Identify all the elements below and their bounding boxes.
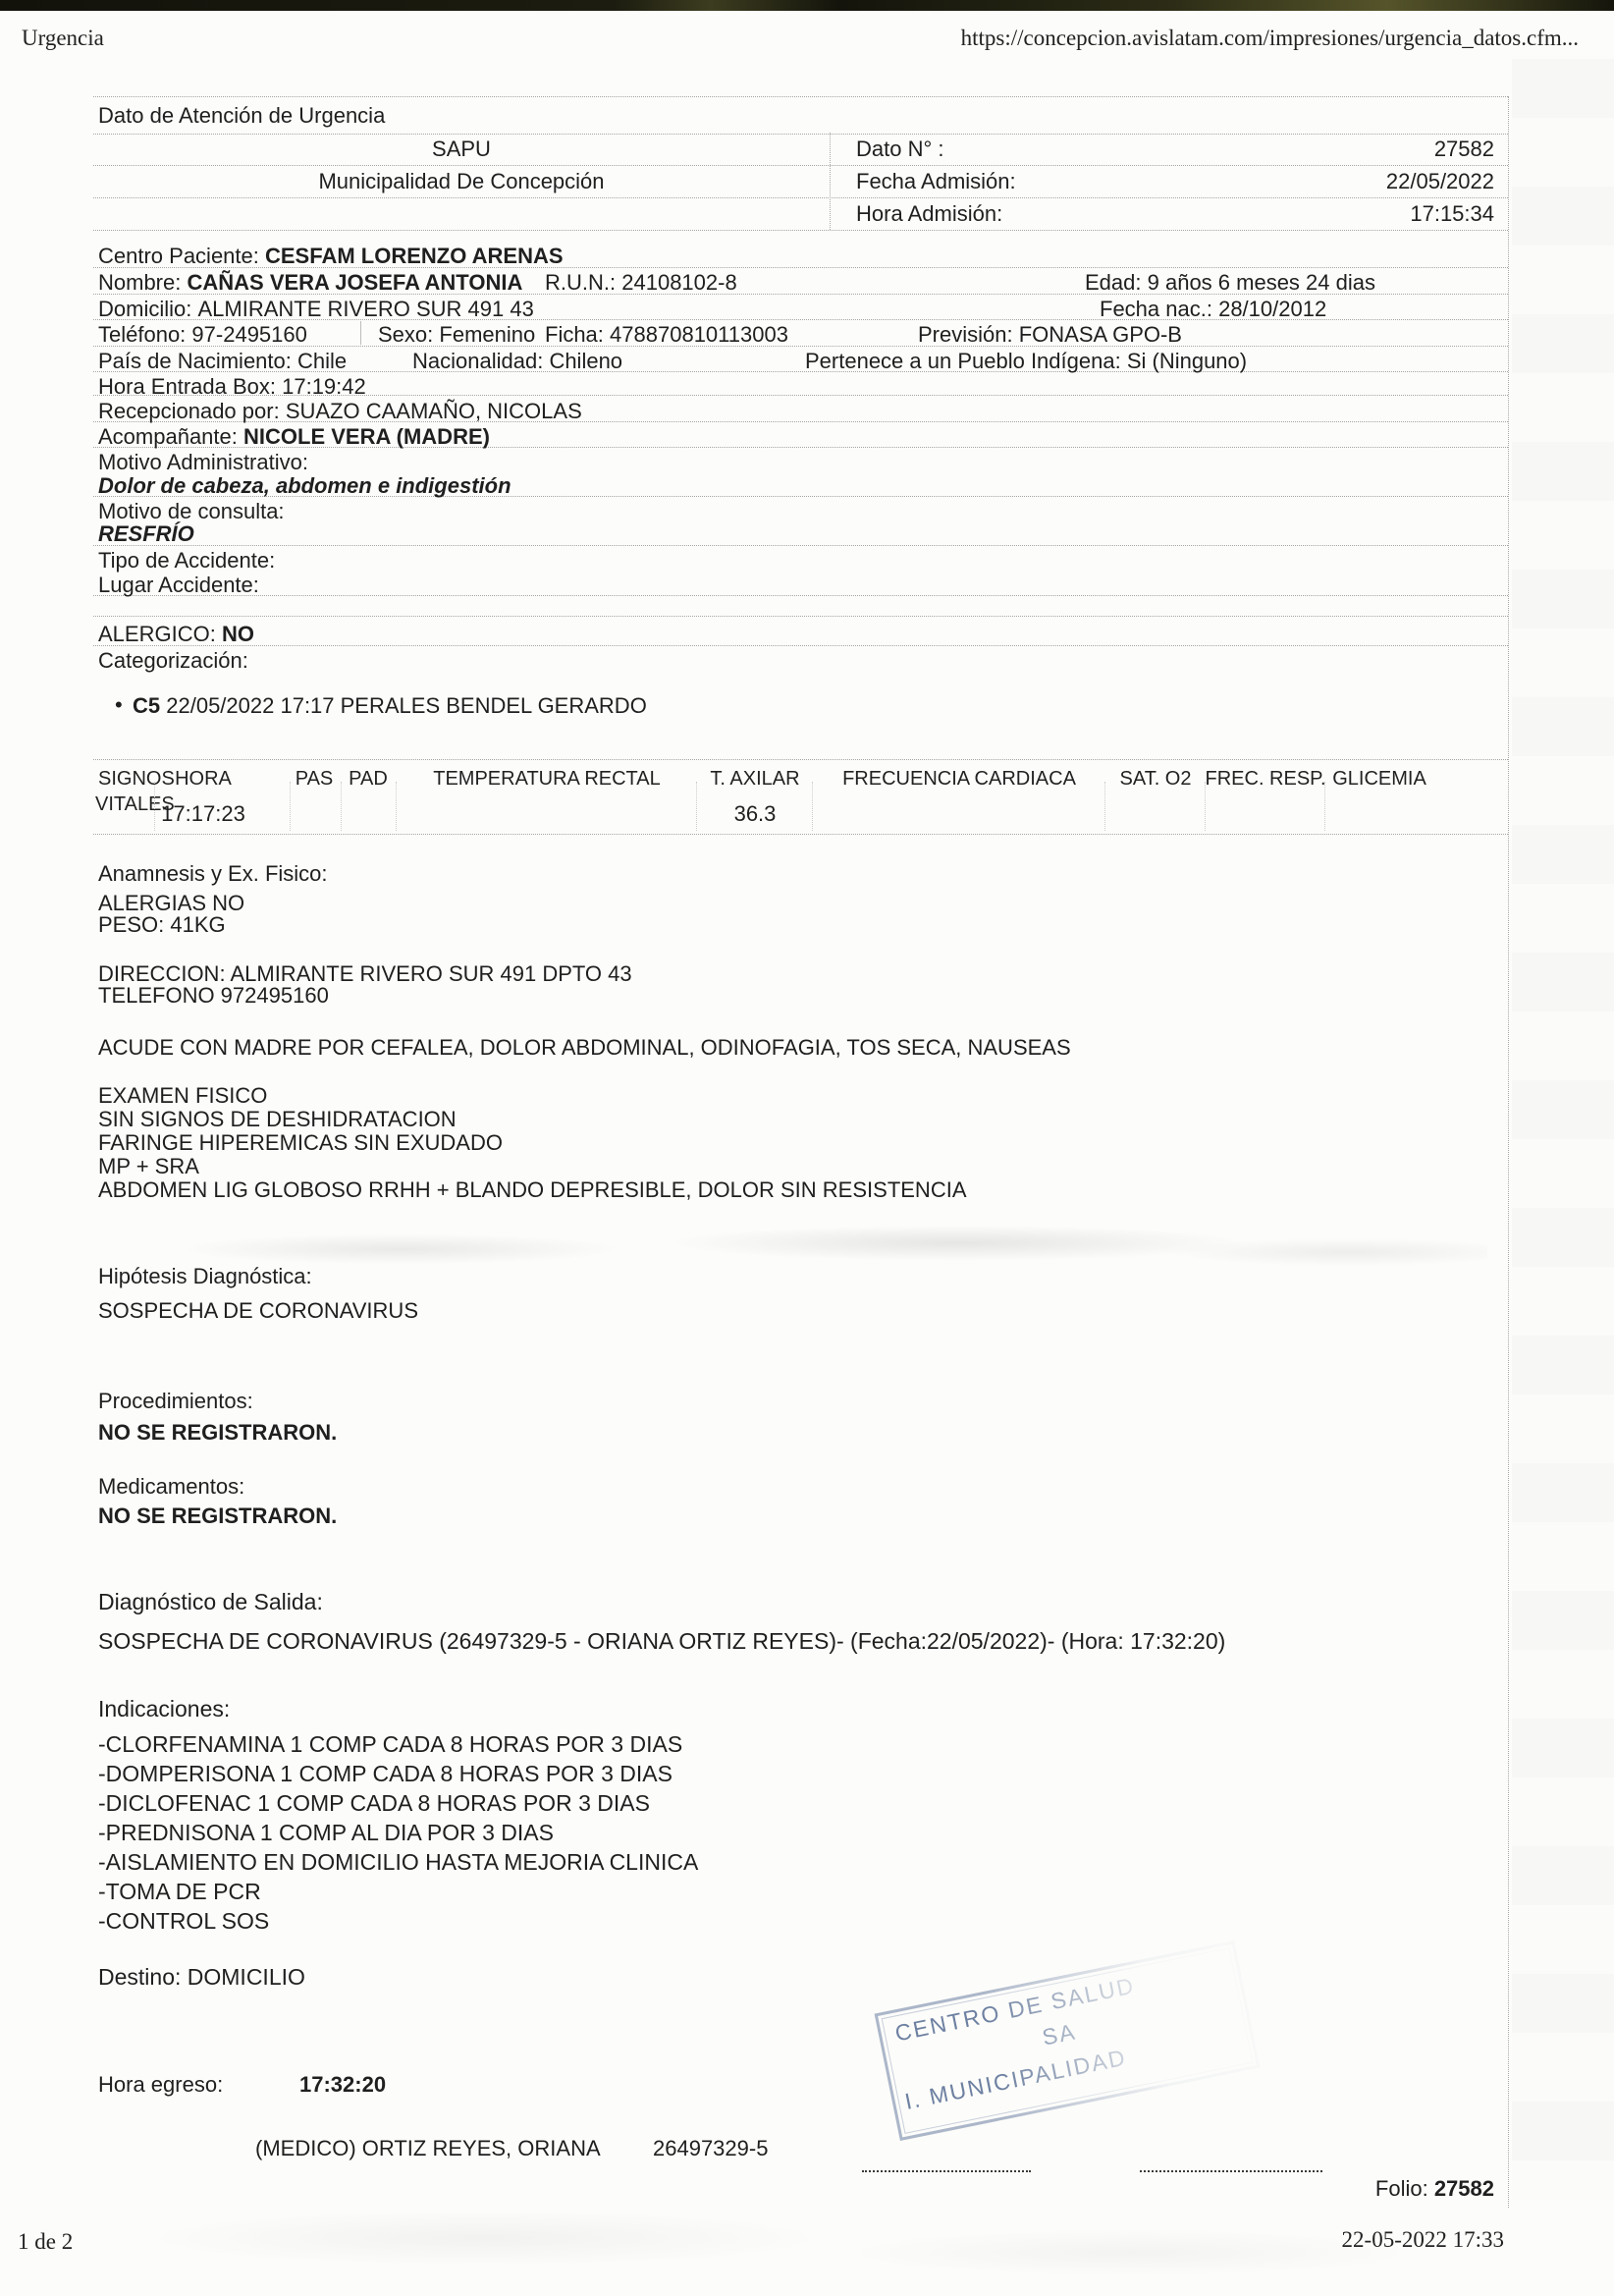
anamnesis-line: ALERGIAS NO (98, 893, 244, 914)
anamnesis-group-1: ALERGIAS NO PESO: 41KG (98, 893, 244, 936)
print-footer-page-number: 1 de 2 (18, 2229, 73, 2255)
vitals-cell-divider (1205, 782, 1206, 831)
acompanante-label: Acompañante: (98, 424, 238, 449)
vitals-col-frec-cardiaca: FRECUENCIA CARDIACA (842, 768, 1076, 791)
centro-label: Centro Paciente: (98, 244, 259, 268)
anamnesis-line: ABDOMEN LIG GLOBOSO RRHH + BLANDO DEPRES… (98, 1178, 967, 1202)
signature-dotted-line-2 (1140, 2170, 1322, 2172)
bullet-icon: • (115, 692, 123, 718)
vitals-col-temp-rectal: TEMPERATURA RECTAL (433, 768, 661, 791)
row-motivo-admin-label: Motivo Administrativo: (93, 447, 1508, 471)
pais-label: País de Nacimiento: (98, 349, 292, 373)
procedimientos-label: Procedimientos: (98, 1389, 253, 1414)
telefono-label: Teléfono: (98, 322, 186, 347)
vitals-cell-divider (154, 782, 155, 831)
row-lugar-accidente: Lugar Accidente: (93, 570, 1508, 596)
row-acompanante: Acompañante: NICOLE VERA (MADRE) (93, 421, 1508, 448)
categorizacion-label: Categorización: (98, 648, 248, 674)
hora-admision-label: Hora Admisión: (856, 201, 1002, 227)
row-categorizacion-item: • C5 22/05/2022 17:17 PERALES BENDEL GER… (93, 690, 1508, 716)
vitals-value-hora: 17:17:23 (161, 801, 245, 827)
anamnesis-line: FARINGE HIPEREMICAS SIN EXUDADO (98, 1131, 967, 1155)
fecha-admision-value: 22/05/2022 (1386, 169, 1494, 194)
vitals-cell-divider (1104, 782, 1105, 831)
row-domicilio: Domicilio: ALMIRANTE RIVERO SUR 491 43 F… (93, 294, 1508, 320)
org-municipality: Municipalidad De Concepción (93, 169, 830, 194)
sexo-value: Femenino (439, 322, 535, 347)
vitals-col-pad: PAD (349, 768, 388, 791)
indicacion-item: -DOMPERISONA 1 COMP CADA 8 HORAS POR 3 D… (98, 1759, 698, 1788)
report-title: Dato de Atención de Urgencia (98, 103, 385, 129)
diagnostico-value: SOSPECHA DE CORONAVIRUS (26497329-5 - OR… (98, 1628, 1225, 1655)
motivo-consulta-value: RESFRÍO (98, 521, 194, 547)
indicacion-item: -PREDNISONA 1 COMP AL DIA POR 3 DIAS (98, 1818, 698, 1847)
report-body: Dato de Atención de Urgencia SAPU Munici… (93, 96, 1508, 2262)
alergico-value: NO (222, 622, 254, 646)
scan-smudge-right-margin (1512, 59, 1614, 2200)
vitals-col-frec-resp: FREC. RESP. (1206, 768, 1326, 791)
vitals-col-glicemia: GLICEMIA (1332, 768, 1426, 791)
anamnesis-label: Anamnesis y Ex. Fisico: (98, 861, 328, 887)
destino-value: DOMICILIO (188, 1964, 305, 1990)
indicacion-item: -CLORFENAMINA 1 COMP CADA 8 HORAS POR 3 … (98, 1729, 698, 1759)
hipotesis-label: Hipótesis Diagnóstica: (98, 1264, 312, 1289)
vitals-cell-divider (290, 782, 291, 831)
folio-label: Folio: (1375, 2176, 1428, 2201)
nombre: Nombre: CAÑAS VERA JOSEFA ANTONIA (98, 270, 522, 296)
folio-value: 27582 (1434, 2176, 1494, 2201)
print-header-url: https://concepcion.avislatam.com/impresi… (961, 26, 1579, 51)
recepcionado-value: SUAZO CAAMAÑO, NICOLAS (286, 399, 582, 423)
anamnesis-group-4: EXAMEN FISICO SIN SIGNOS DE DESHIDRATACI… (98, 1084, 967, 1202)
indicacion-item: -AISLAMIENTO EN DOMICILIO HASTA MEJORIA … (98, 1847, 698, 1877)
row-divider (93, 197, 1508, 198)
row-divider (93, 230, 1508, 231)
vitals-col-pas: PAS (296, 768, 334, 791)
anamnesis-line: SIN SIGNOS DE DESHIDRATACION (98, 1108, 967, 1131)
domicilio-value: ALMIRANTE RIVERO SUR 491 43 (197, 297, 533, 321)
anamnesis-line: ACUDE CON MADRE POR CEFALEA, DOLOR ABDOM… (98, 1037, 1071, 1059)
hora-egreso-label: Hora egreso: (98, 2072, 223, 2098)
row-motivo-consulta-value: RESFRÍO (93, 519, 1508, 546)
scan-top-edge-artifact (0, 0, 1614, 11)
hora-egreso-value: 17:32:20 (299, 2072, 386, 2098)
cell-divider (360, 321, 361, 345)
indicaciones-list: -CLORFENAMINA 1 COMP CADA 8 HORAS POR 3 … (98, 1729, 698, 1936)
destino-label: Destino: (98, 1964, 181, 1990)
row-divider (93, 616, 1508, 617)
medicamentos-value: NO SE REGISTRARON. (98, 1503, 337, 1529)
row-telefono: Teléfono: 97-2495160 Sexo: Femenino Fich… (93, 319, 1508, 347)
vitals-cell-divider (1324, 782, 1325, 831)
triage-code: C5 (133, 693, 160, 718)
domicilio-label: Domicilio: (98, 297, 191, 321)
edad-value: 9 años 6 meses 24 dias (1148, 270, 1375, 295)
row-alergico: ALERGICO: NO (93, 618, 1508, 646)
destino: Destino: DOMICILIO (98, 1964, 305, 1991)
nombre-value: CAÑAS VERA JOSEFA ANTONIA (187, 270, 522, 295)
procedimientos-value: NO SE REGISTRARON. (98, 1420, 337, 1446)
nombre-label: Nombre: (98, 270, 181, 295)
anamnesis-line: DIRECCION: ALMIRANTE RIVERO SUR 491 DPTO… (98, 963, 632, 985)
sexo-label: Sexo: (378, 322, 433, 347)
row-motivo-admin-value: Dolor de cabeza, abdomen e indigestión (93, 471, 1508, 497)
anamnesis-line: PESO: 41KG (98, 914, 244, 936)
anamnesis-line: TELEFONO 972495160 (98, 985, 632, 1007)
telefono: Teléfono: 97-2495160 (98, 322, 307, 348)
categorizacion-item: C5 22/05/2022 17:17 PERALES BENDEL GERAR… (133, 693, 647, 719)
print-footer-datetime: 22-05-2022 17:33 (1342, 2227, 1504, 2253)
vitals-cell-divider (812, 782, 813, 831)
vitals-value-t-axilar: 36.3 (734, 801, 777, 827)
ficha: Ficha: 478870810113003 (545, 322, 788, 348)
row-recepcionado: Recepcionado por: SUAZO CAAMAÑO, NICOLAS (93, 396, 1508, 422)
run-label: R.U.N.: (545, 270, 616, 295)
scanned-urgency-report-page: Urgencia https://concepcion.avislatam.co… (0, 0, 1614, 2296)
diagnostico-label: Diagnóstico de Salida: (98, 1589, 323, 1615)
fecha-admision-label: Fecha Admisión: (856, 169, 1016, 194)
table-right-border (1508, 96, 1509, 2208)
vitals-col-hora: HORA (175, 768, 232, 791)
centro-paciente: Centro Paciente: CESFAM LORENZO ARENAS (98, 244, 564, 269)
recepcionado-label: Recepcionado por: (98, 399, 280, 423)
dato-n-label: Dato N° : (856, 137, 944, 162)
nacionalidad-value: Chileno (549, 349, 622, 373)
print-header-title: Urgencia (22, 26, 104, 51)
org-admission-block: SAPU Municipalidad De Concepción Dato N°… (93, 133, 1508, 230)
indicacion-item: -TOMA DE PCR (98, 1877, 698, 1906)
edad: Edad: 9 años 6 meses 24 dias (1085, 270, 1375, 296)
dato-n-value: 27582 (1434, 137, 1494, 162)
vital-signs-table: SIGNOS VITALES HORA PAS PAD TEMPERATURA … (93, 759, 1508, 835)
hipotesis-value: SOSPECHA DE CORONAVIRUS (98, 1298, 418, 1324)
indicaciones-label: Indicaciones: (98, 1696, 230, 1722)
hora-admision-value: 17:15:34 (1410, 201, 1494, 227)
vitals-label-line1: SIGNOS (98, 768, 175, 791)
row-divider (93, 165, 1508, 166)
nacionalidad-label: Nacionalidad: (412, 349, 543, 373)
folio: Folio: 27582 (1375, 2176, 1494, 2202)
medico-name: (MEDICO) ORTIZ REYES, ORIANA (255, 2136, 601, 2161)
indicacion-item: -CONTROL SOS (98, 1906, 698, 1936)
prevision-label: Previsión: (918, 322, 1013, 347)
row-hora-box: Hora Entrada Box: 17:19:42 (93, 371, 1508, 398)
prevision-value: FONASA GPO-B (1019, 322, 1182, 347)
lugar-accidente-label: Lugar Accidente: (98, 573, 259, 598)
signature-dotted-line-1 (862, 2170, 1031, 2172)
vitals-col-sat-o2: SAT. O2 (1120, 768, 1192, 791)
run-value: 24108102-8 (621, 270, 736, 295)
org-name: SAPU (93, 137, 830, 162)
row-centro-paciente: Centro Paciente: CESFAM LORENZO ARENAS (93, 241, 1508, 268)
medicamentos-label: Medicamentos: (98, 1474, 244, 1500)
pais-value: Chile (297, 349, 347, 373)
fecha-nac-value: 28/10/2012 (1218, 297, 1326, 321)
title-row: Dato de Atención de Urgencia (93, 96, 1508, 135)
row-tipo-accidente: Tipo de Accidente: (93, 545, 1508, 570)
vitals-cell-divider (396, 782, 397, 831)
vitals-col-t-axilar: T. AXILAR (710, 768, 799, 791)
column-divider (830, 133, 831, 230)
pueblo-label: Pertenece a un Pueblo Indígena: (805, 349, 1121, 373)
indicacion-item: -DICLOFENAC 1 COMP CADA 8 HORAS POR 3 DI… (98, 1788, 698, 1818)
alergico: ALERGICO: NO (98, 622, 254, 647)
row-motivo-consulta-label: Motivo de consulta: (93, 496, 1508, 519)
anamnesis-line: EXAMEN FISICO (98, 1084, 967, 1108)
acompanante-value: NICOLE VERA (MADRE) (243, 424, 490, 449)
run: R.U.N.: 24108102-8 (545, 270, 737, 296)
row-categorizacion: Categorización: (93, 645, 1508, 671)
edad-label: Edad: (1085, 270, 1142, 295)
pueblo-value: Si (Ninguno) (1127, 349, 1247, 373)
anamnesis-group-2: DIRECCION: ALMIRANTE RIVERO SUR 491 DPTO… (98, 963, 632, 1007)
centro-value: CESFAM LORENZO ARENAS (265, 244, 564, 268)
prevision: Previsión: FONASA GPO-B (918, 322, 1182, 348)
row-pais: País de Nacimiento: Chile Nacionalidad: … (93, 346, 1508, 372)
vitals-cell-divider (696, 782, 697, 831)
medico-run: 26497329-5 (653, 2136, 768, 2161)
alergico-label: ALERGICO: (98, 622, 216, 646)
sexo: Sexo: Femenino (378, 322, 535, 348)
anamnesis-group-3: ACUDE CON MADRE POR CEFALEA, DOLOR ABDOM… (98, 1037, 1071, 1059)
triage-detail: 22/05/2022 17:17 PERALES BENDEL GERARDO (166, 693, 647, 718)
anamnesis-line: MP + SRA (98, 1155, 967, 1178)
ficha-value: 478870810113003 (610, 322, 788, 347)
ficha-label: Ficha: (545, 322, 604, 347)
fecha-nac-label: Fecha nac.: (1100, 297, 1212, 321)
row-nombre: Nombre: CAÑAS VERA JOSEFA ANTONIA R.U.N.… (93, 267, 1508, 295)
telefono-value: 97-2495160 (191, 322, 306, 347)
vitals-cell-divider (341, 782, 342, 831)
